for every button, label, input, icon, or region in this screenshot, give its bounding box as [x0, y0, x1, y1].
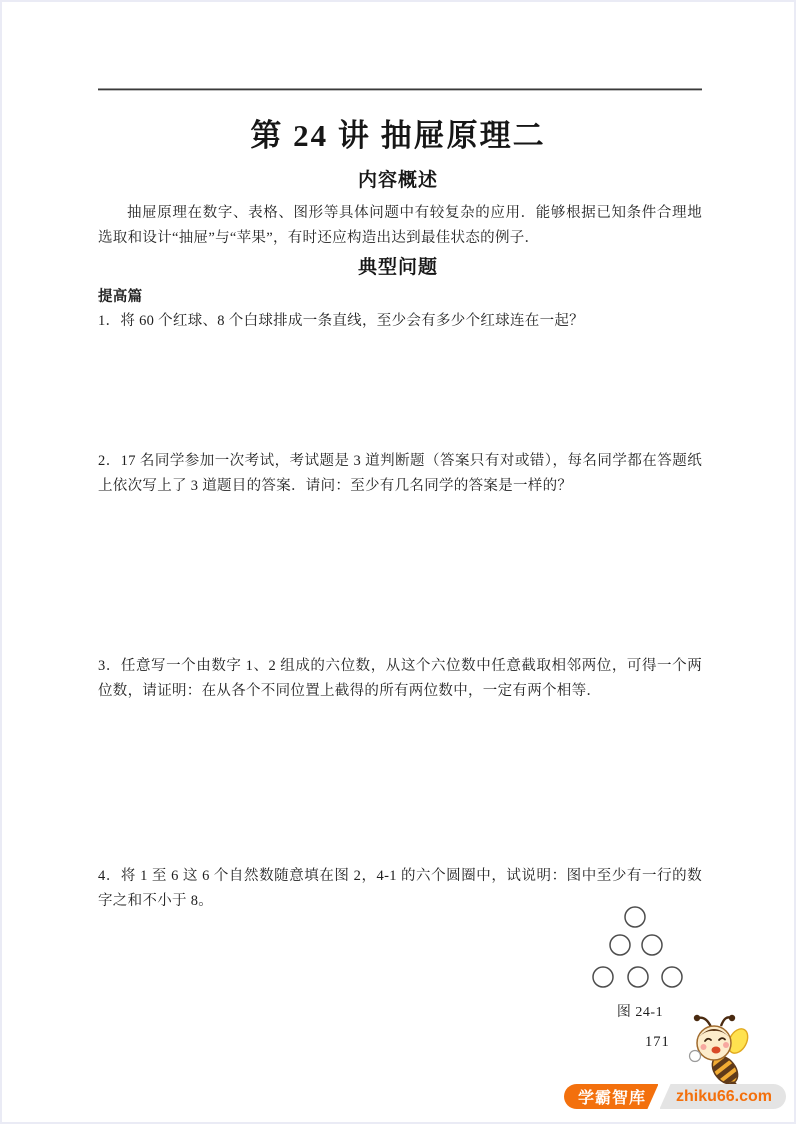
- page-title: 第 24 讲 抽屉原理二: [2, 110, 794, 155]
- overview-paragraph: 抽屉原理在数字、表格、图形等具体问题中有较复杂的应用．能够根据已知条件合理地选取…: [98, 201, 702, 251]
- site-watermark: 学霸智库 zhiku66.com: [564, 1084, 786, 1109]
- bee-icon: [680, 1010, 754, 1094]
- page-number: 171: [645, 1034, 670, 1051]
- level-label: 提高篇: [98, 287, 702, 307]
- problem-item-3: 3．任意写一个由数字 1、2 组成的六位数，从这个六位数中任意截取相邻两位，可得…: [98, 654, 702, 704]
- watermark-site-url: zhiku66.com: [660, 1084, 786, 1109]
- overview-heading: 内容概述: [2, 165, 794, 192]
- header-rule: [98, 88, 702, 91]
- document-page: 第 24 讲 抽屉原理二 内容概述 抽屉原理在数字、表格、图形等具体问题中有较复…: [0, 0, 796, 1124]
- problem-item-1: 1．将 60 个红球、8 个白球排成一条直线，至少会有多少个红球连在一起？: [98, 309, 702, 334]
- figure-24-1: 图 24-1: [585, 904, 695, 1021]
- circle-triangle-figure: [585, 904, 695, 990]
- watermark-brand: 学霸智库: [564, 1084, 658, 1109]
- problems-heading: 典型问题: [2, 252, 794, 279]
- problem-item-2: 2．17 名同学参加一次考试，考试题是 3 道判断题（答案只有对或错），每名同学…: [98, 449, 702, 499]
- figure-caption: 图 24-1: [585, 1001, 695, 1021]
